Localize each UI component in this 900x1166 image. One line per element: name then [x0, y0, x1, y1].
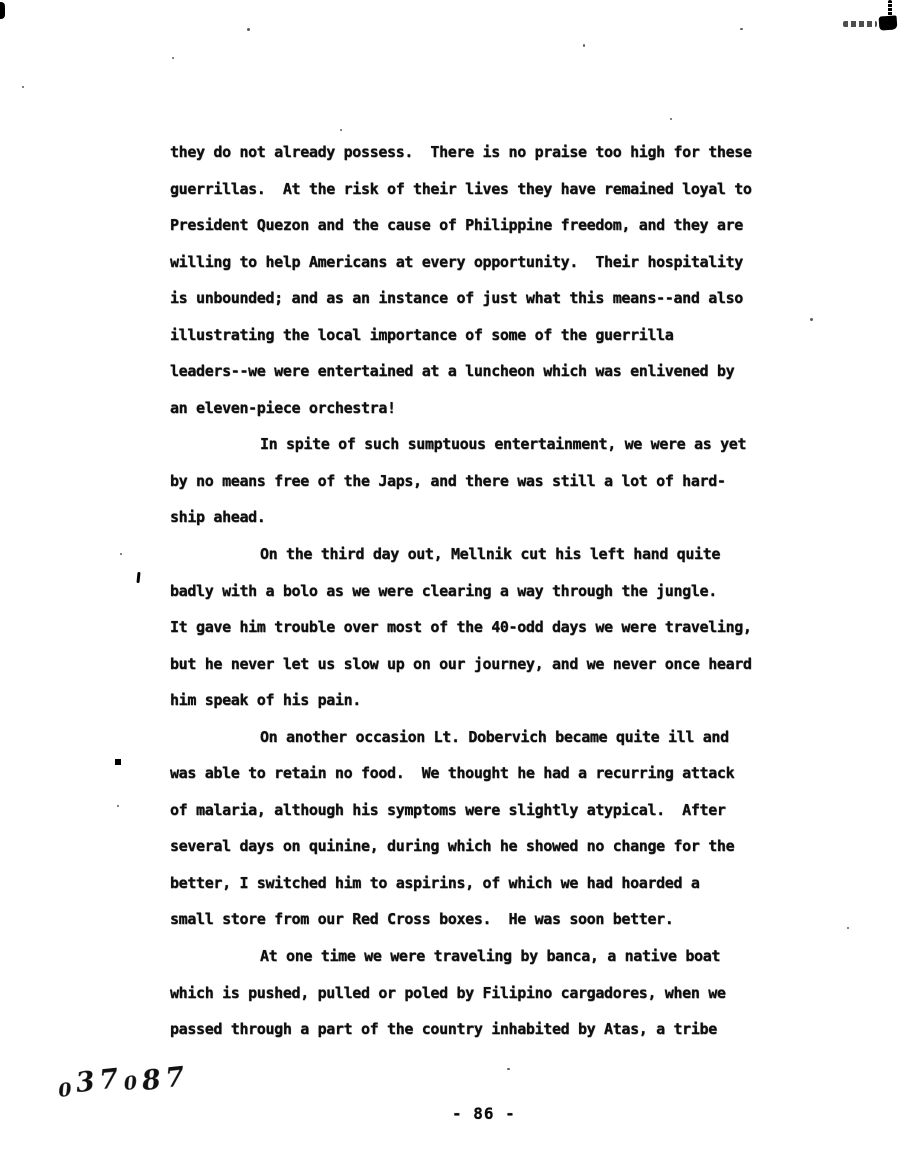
ink-speck: [583, 44, 585, 47]
ink-speck: [670, 118, 672, 120]
scan-artifact-ink-dot: [115, 759, 121, 765]
text-line: It gave him trouble over most of the 40-…: [170, 618, 830, 655]
handwritten-digit: 7: [164, 1061, 191, 1094]
ink-speck: [847, 927, 849, 929]
text-line: illustrating the local importance of som…: [170, 326, 830, 363]
scanned-document-page: they do not already possess. There is no…: [0, 0, 900, 1166]
ink-speck: [247, 28, 250, 31]
text-line: by no means free of the Japs, and there …: [170, 472, 830, 509]
text-line: better, I switched him to aspirins, of w…: [170, 874, 830, 911]
text-line: willing to help Americans at every oppor…: [170, 253, 830, 290]
text-line: which is pushed, pulled or poled by Fili…: [170, 984, 830, 1021]
handwritten-digit: 0: [123, 1071, 143, 1095]
scan-artifact-top-right-blob: [879, 15, 898, 30]
scan-artifact-stray-mark: [136, 572, 140, 583]
typewritten-text: they do not already possess. There is no…: [170, 143, 830, 1057]
handwritten-digit: 8: [140, 1064, 167, 1097]
text-line: ship ahead.: [170, 508, 830, 545]
text-line: but he never let us slow up on our journ…: [170, 655, 830, 692]
ink-speck: [507, 1068, 510, 1070]
text-line: an eleven-piece orchestra!: [170, 399, 830, 436]
text-line: leaders--we were entertained at a lunche…: [170, 362, 830, 399]
ink-speck: [340, 129, 342, 131]
text-line: At one time we were traveling by banca, …: [170, 947, 830, 984]
ink-speck: [120, 553, 122, 555]
text-line: On the third day out, Mellnik cut his le…: [170, 545, 830, 582]
text-line: him speak of his pain.: [170, 691, 830, 728]
ink-speck: [740, 28, 743, 30]
page-number: - 86 -: [452, 1104, 516, 1123]
scan-artifact-top-left-corner: [0, 2, 5, 19]
handwritten-digit: 7: [98, 1063, 125, 1096]
scan-artifact-smudge: [843, 21, 877, 27]
text-line: small store from our Red Cross boxes. He…: [170, 910, 830, 947]
text-line: passed through a part of the country inh…: [170, 1020, 830, 1057]
handwritten-digit: 3: [74, 1066, 101, 1099]
ink-speck: [117, 805, 119, 807]
text-line: guerrillas. At the risk of their lives t…: [170, 180, 830, 217]
text-line: they do not already possess. There is no…: [170, 143, 830, 180]
text-line: was able to retain no food. We thought h…: [170, 764, 830, 801]
text-line: several days on quinine, during which he…: [170, 837, 830, 874]
ink-speck: [810, 318, 813, 321]
handwritten-catalog-number: 037087: [57, 1061, 191, 1106]
handwritten-digit: 0: [57, 1078, 77, 1102]
text-line: of malaria, although his symptoms were s…: [170, 801, 830, 838]
text-line: is unbounded; and as an instance of just…: [170, 289, 830, 326]
ink-speck: [172, 57, 174, 59]
ink-speck: [22, 86, 24, 88]
text-line: In spite of such sumptuous entertainment…: [170, 435, 830, 472]
text-line: On another occasion Lt. Dobervich became…: [170, 728, 830, 765]
text-line: badly with a bolo as we were clearing a …: [170, 582, 830, 619]
text-line: President Quezon and the cause of Philip…: [170, 216, 830, 253]
